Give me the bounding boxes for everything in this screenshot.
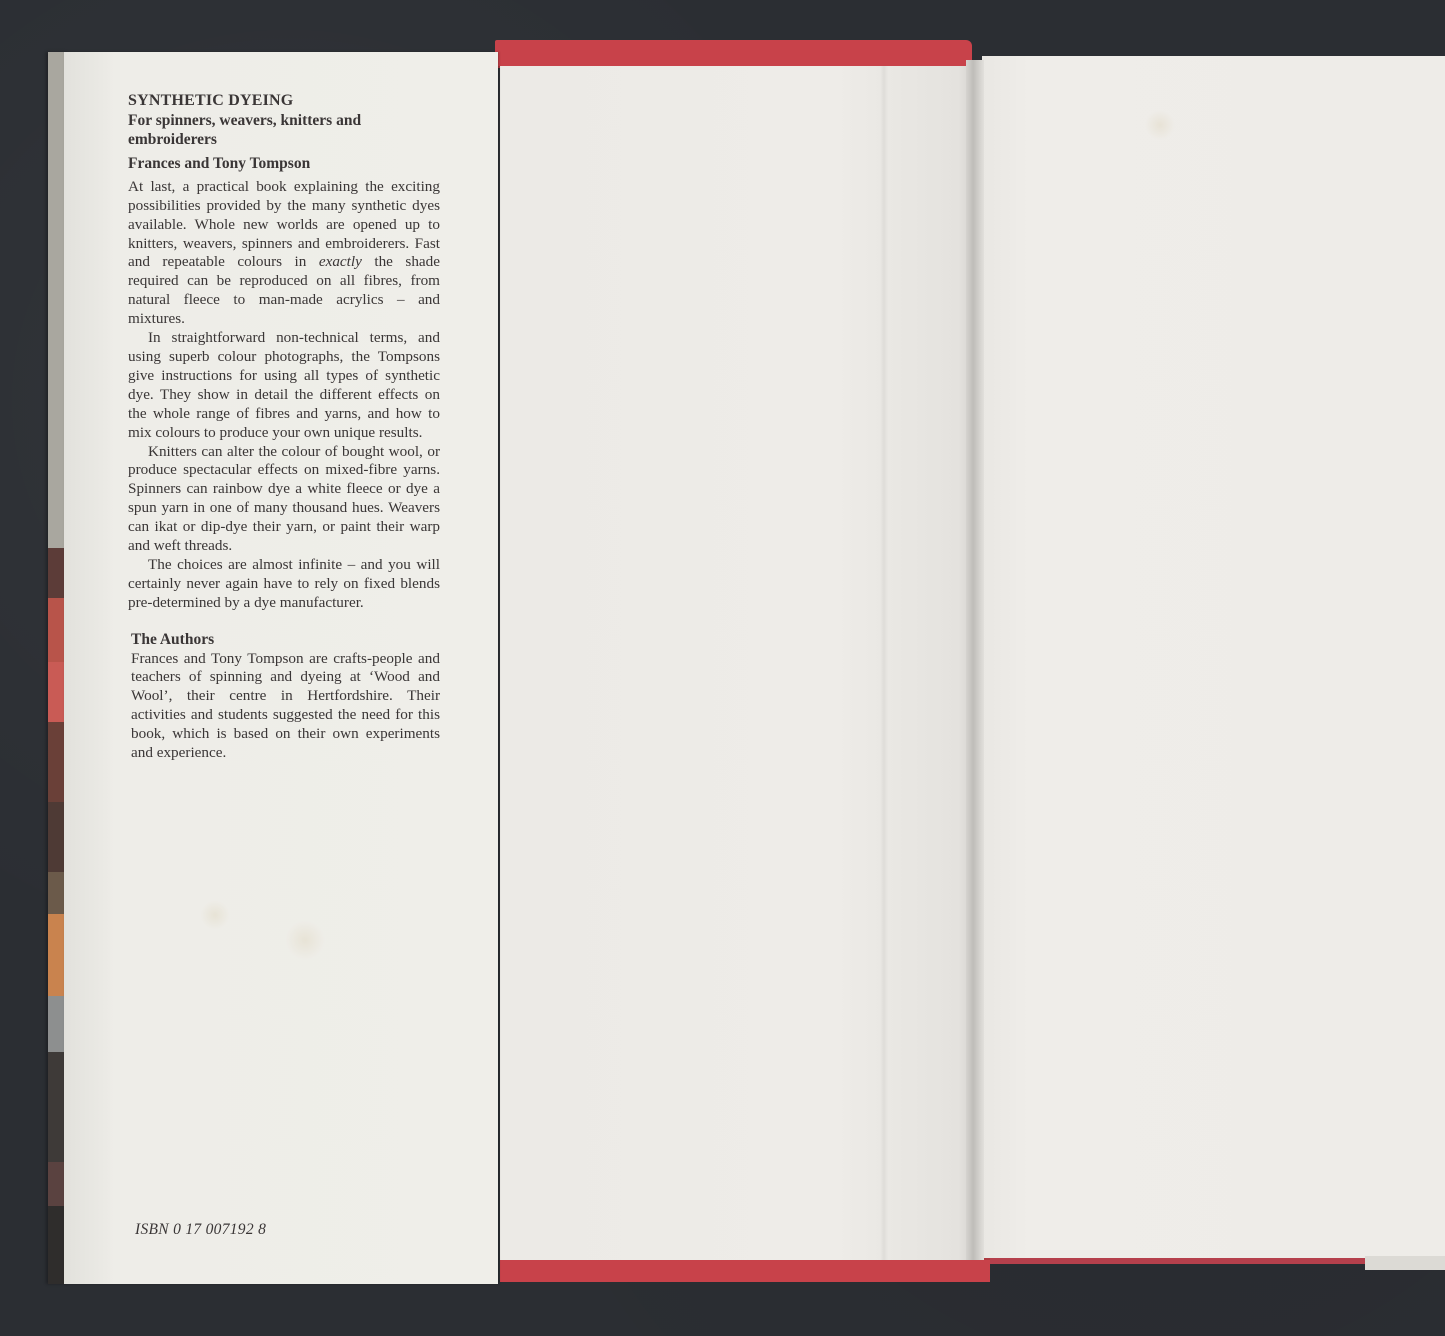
red-board-top-edge [495,40,972,68]
endpaper-crease [880,66,888,1260]
book-title: SYNTHETIC DYEING [128,92,440,111]
blurb-emphasis: exactly [319,253,362,270]
blurb-paragraph-2: In straightforward non-technical terms, … [128,329,440,442]
right-page [982,56,1445,1258]
flap-copy: SYNTHETIC DYEING For spinners, weavers, … [128,92,440,763]
book-subtitle: For spinners, weavers, knitters and embr… [128,111,440,149]
paper-stain [1145,110,1175,140]
authors-bio: Frances and Tony Tompson are crafts-peop… [131,650,440,763]
book-authors: Frances and Tony Tompson [128,155,440,174]
paper-stain [200,900,230,930]
right-page-bottom-tab [1365,1256,1445,1270]
red-board-bottom-edge [500,1258,990,1282]
left-endpaper [500,66,978,1260]
blurb-paragraph-1: At last, a practical book explaining the… [128,178,440,329]
dust-jacket-fold [64,52,110,1284]
paper-stain [285,920,325,960]
authors-heading: The Authors [131,631,440,650]
book-gutter [966,60,984,1260]
isbn-number: ISBN 0 17 007192 8 [135,1221,266,1239]
blurb-paragraph-3: Knitters can alter the colour of bought … [128,443,440,556]
blurb-paragraph-4: The choices are almost infinite – and yo… [128,556,440,613]
